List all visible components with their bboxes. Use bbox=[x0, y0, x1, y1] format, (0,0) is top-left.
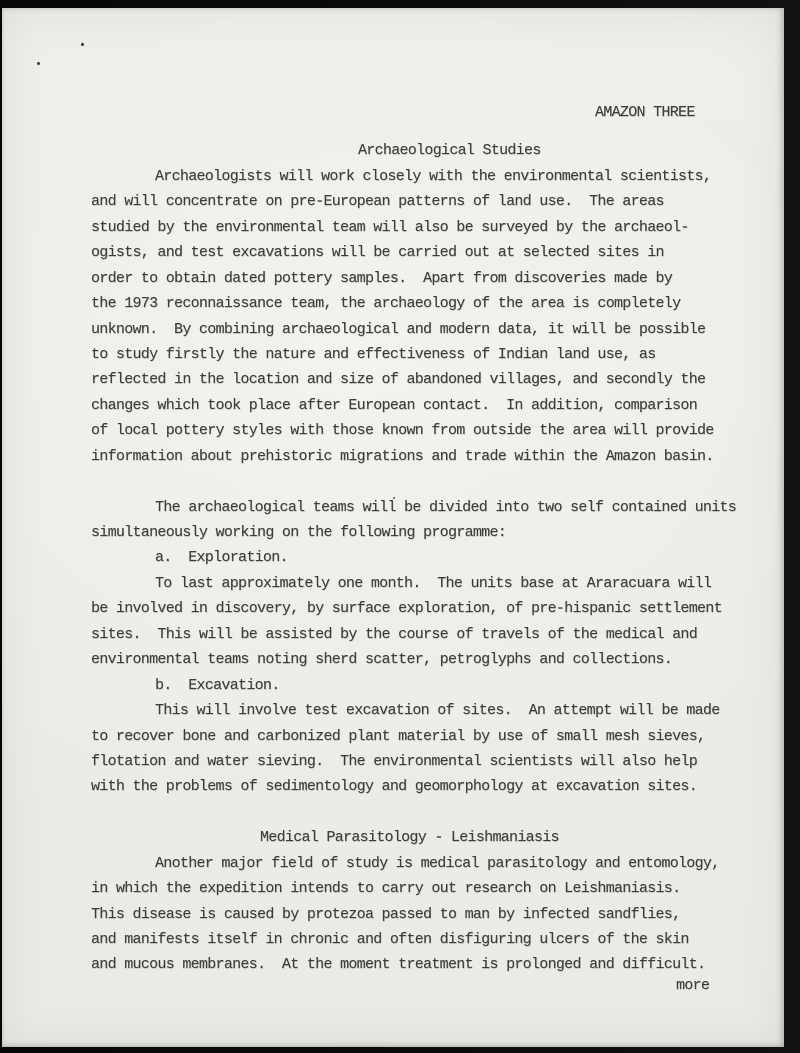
text-line: unknown. By combining archaeological and… bbox=[91, 317, 731, 342]
text-line: The archaeological teams will be divided… bbox=[155, 495, 731, 520]
text-line: the 1973 reconnaissance team, the archae… bbox=[91, 291, 731, 316]
text-line: reflected in the location and size of ab… bbox=[91, 367, 731, 392]
document-lines: AMAZON THREE Archaeological StudiesArcha… bbox=[91, 100, 731, 998]
continuation-note: more bbox=[676, 973, 731, 998]
text-line: changes which took place after European … bbox=[91, 393, 731, 418]
blank-line bbox=[91, 469, 731, 494]
ink-speck bbox=[393, 497, 395, 499]
text-line: information about prehistoric migrations… bbox=[91, 444, 731, 469]
scanner-background: AMAZON THREE Archaeological StudiesArcha… bbox=[0, 0, 800, 1053]
text-line: sites. This will be assisted by the cour… bbox=[91, 622, 731, 647]
text-line: This disease is caused by protezoa passe… bbox=[91, 902, 731, 927]
section-title: Medical Parasitology - Leishmaniasis bbox=[260, 825, 731, 850]
text-line: be involved in discovery, by surface exp… bbox=[91, 596, 731, 621]
blank-line bbox=[91, 800, 731, 825]
text-line: and will concentrate on pre-European pat… bbox=[91, 189, 731, 214]
text-line: b. Excavation. bbox=[155, 673, 731, 698]
paper-page: AMAZON THREE Archaeological StudiesArcha… bbox=[2, 8, 784, 1047]
blank-line bbox=[91, 125, 731, 138]
text-line: in which the expedition intends to carry… bbox=[91, 876, 731, 901]
text-line: Another major field of study is medical … bbox=[155, 851, 731, 876]
text-line: This will involve test excavation of sit… bbox=[155, 698, 731, 723]
section-title: Archaeological Studies bbox=[358, 138, 731, 163]
text-line: to study firstly the nature and effectiv… bbox=[91, 342, 731, 367]
text-line: To last approximately one month. The uni… bbox=[155, 571, 731, 596]
text-line: to recover bone and carbonized plant mat… bbox=[91, 724, 731, 749]
ink-speck bbox=[80, 42, 84, 46]
text-line: and manifests itself in chronic and ofte… bbox=[91, 927, 731, 952]
text-line: a. Exploration. bbox=[155, 545, 731, 570]
text-line: studied by the environmental team will a… bbox=[91, 215, 731, 240]
text-line: ogists, and test excavations will be car… bbox=[91, 240, 731, 265]
text-line: flotation and water sieving. The environ… bbox=[91, 749, 731, 774]
text-line: Archaeologists will work closely with th… bbox=[155, 164, 731, 189]
text-line: with the problems of sedimentology and g… bbox=[91, 774, 731, 799]
text-line: of local pottery styles with those known… bbox=[91, 418, 731, 443]
text-line: simultaneously working on the following … bbox=[91, 520, 731, 545]
text-line: order to obtain dated pottery samples. A… bbox=[91, 266, 731, 291]
page-tag: AMAZON THREE bbox=[595, 100, 731, 125]
text-line: environmental teams noting sherd scatter… bbox=[91, 647, 731, 672]
text-line: and mucous membranes. At the moment trea… bbox=[91, 952, 731, 977]
ink-speck bbox=[37, 62, 40, 65]
